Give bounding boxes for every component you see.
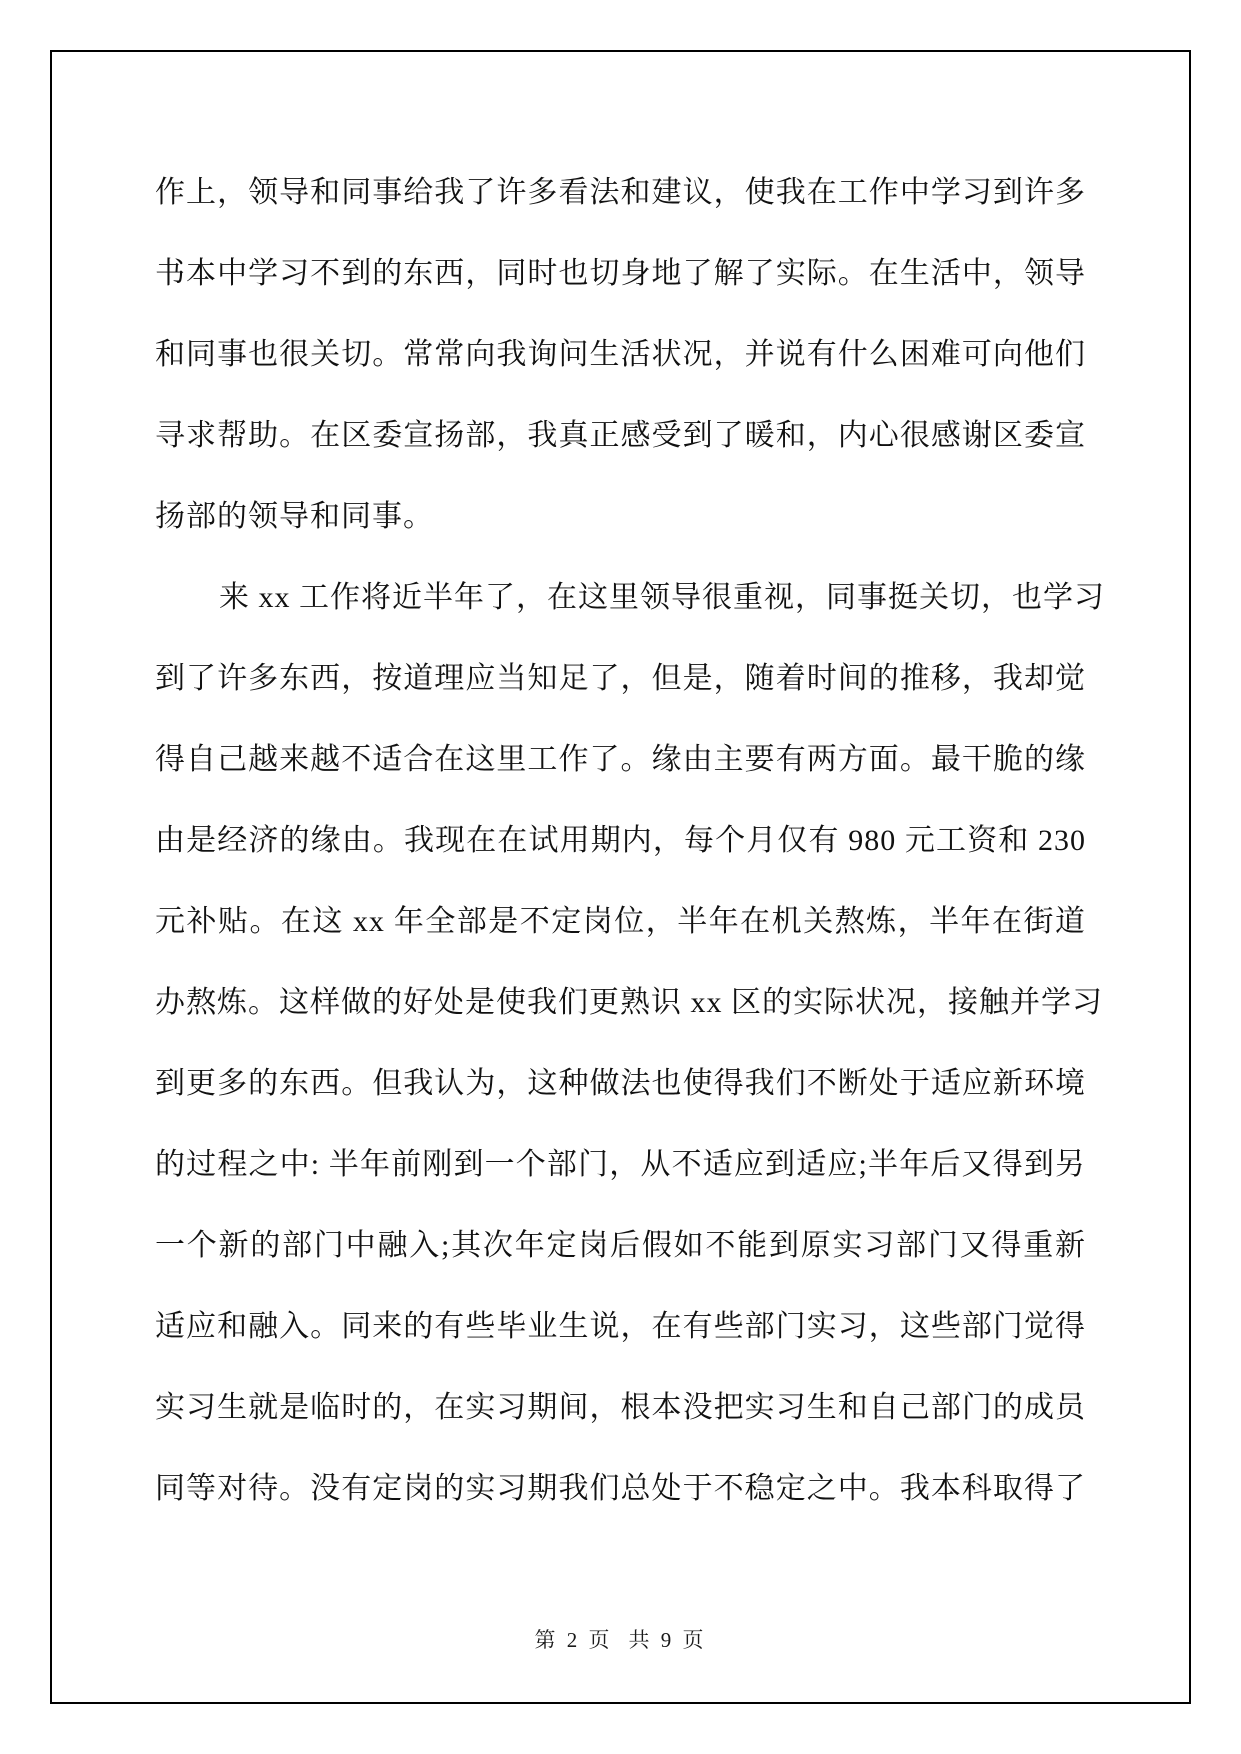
text-line: 扬部的领导和同事。 (155, 476, 1086, 557)
text-line: 书本中学习不到的东西，同时也切身地了解了实际。在生活中，领导 (155, 233, 1086, 314)
text-line: 和同事也很关切。常常向我询问生活状况，并说有什么困难可向他们 (155, 314, 1086, 395)
text-line: 适应和融入。同来的有些毕业生说，在有些部门实习，这些部门觉得 (155, 1286, 1086, 1367)
text-line: 来 xx 工作将近半年了，在这里领导很重视，同事挺关切，也学习 (155, 557, 1086, 638)
text-line: 得自己越来越不适合在这里工作了。缘由主要有两方面。最干脆的缘 (155, 719, 1086, 800)
text-line: 实习生就是临时的，在实习期间，根本没把实习生和自己部门的成员 (155, 1367, 1086, 1448)
text-line: 元补贴。在这 xx 年全部是不定岗位，半年在机关熬炼，半年在街道 (155, 881, 1086, 962)
footer-current-page: 第 2 页 (535, 1628, 613, 1652)
text-line: 办熬炼。这样做的好处是使我们更熟识 xx 区的实际状况，接触并学习 (155, 962, 1086, 1043)
text-line: 到了许多东西，按道理应当知足了，但是，随着时间的推移，我却觉 (155, 638, 1086, 719)
page-number-indicator: 第 2 页共 9 页 (535, 1628, 707, 1652)
footer-total-pages: 共 9 页 (629, 1628, 707, 1652)
text-line: 到更多的东西。但我认为，这种做法也使得我们不断处于适应新环境 (155, 1043, 1086, 1124)
paragraph: 作上，领导和同事给我了许多看法和建议，使我在工作中学习到许多书本中学习不到的东西… (155, 152, 1086, 557)
text-line: 的过程之中: 半年前刚到一个部门，从不适应到适应;半年后又得到另 (155, 1124, 1086, 1205)
text-line: 作上，领导和同事给我了许多看法和建议，使我在工作中学习到许多 (155, 152, 1086, 233)
page-footer: 第 2 页共 9 页 (0, 1624, 1241, 1654)
document-body: 作上，领导和同事给我了许多看法和建议，使我在工作中学习到许多书本中学习不到的东西… (155, 152, 1086, 1529)
text-line: 寻求帮助。在区委宣扬部，我真正感受到了暖和，内心很感谢区委宣 (155, 395, 1086, 476)
text-line: 由是经济的缘由。我现在在试用期内，每个月仅有 980 元工资和 230 (155, 800, 1086, 881)
paragraph: 来 xx 工作将近半年了，在这里领导很重视，同事挺关切，也学习到了许多东西，按道… (155, 557, 1086, 1529)
text-line: 同等对待。没有定岗的实习期我们总处于不稳定之中。我本科取得了 (155, 1448, 1086, 1529)
text-line: 一个新的部门中融入;其次年定岗后假如不能到原实习部门又得重新 (155, 1205, 1086, 1286)
